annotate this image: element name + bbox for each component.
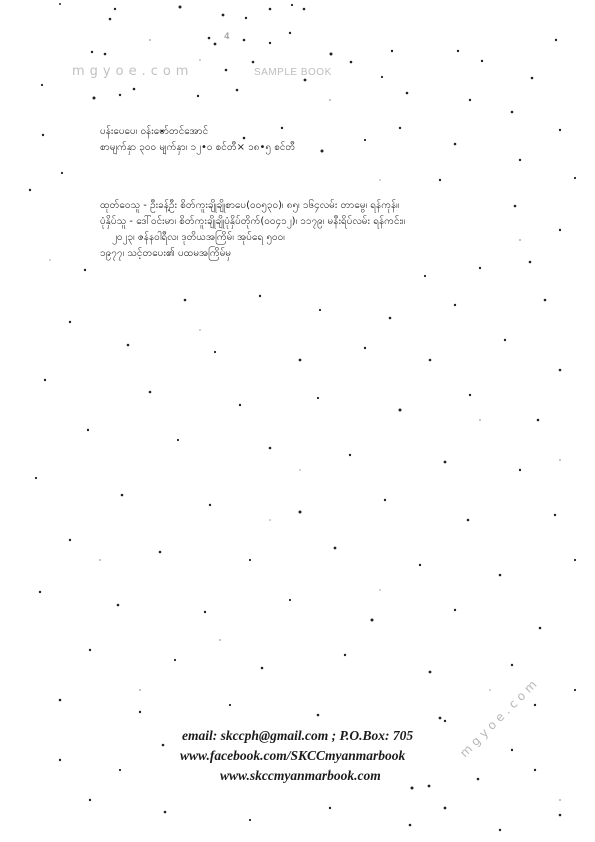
contact-facebook-line: www.facebook.com/SKCCmyanmarbook bbox=[176, 746, 430, 766]
colophon-first-edition-line: ၁၉၇၇၊ သင့်တပေး၏ ပထမအကြိမ်မှ bbox=[100, 246, 405, 262]
page-number: 4 bbox=[224, 32, 230, 42]
colophon-edition-line: ၂၀၂၃၊ ဇန်နဝါရီလ၊ ဒုတိယအကြိမ်၊ အုပ်ရေ ၅၀၀… bbox=[100, 230, 405, 246]
contact-website-line: www.skccmyanmarbook.com bbox=[176, 766, 430, 786]
colophon-header: ပန်းပေပေ၊ ဝန်းမော်တင်အောင် စာမျက်နှာ ၃၀၀… bbox=[100, 124, 295, 156]
watermark-site-top: mgyoe.com bbox=[72, 64, 193, 79]
watermark-sample-book: SAMPLE BOOK bbox=[254, 67, 332, 78]
colophon-publisher-line: ထုတ်ဝေသူ - ဦးခန့်ဦး စိတ်ကူးချိုချိုစာပေ(… bbox=[100, 198, 405, 214]
colophon-publishing: ထုတ်ဝေသူ - ဦးခန့်ဦး စိတ်ကူးချိုချိုစာပေ(… bbox=[100, 198, 405, 262]
colophon-title-line: ပန်းပေပေ၊ ဝန်းမော်တင်အောင် bbox=[100, 124, 295, 140]
contact-block: email: skccph@gmail.com ; P.O.Box: 705 w… bbox=[176, 726, 430, 786]
colophon-size-line: စာမျက်နှာ ၃၀၀ မျက်နှာ၊ ၁၂•၀ စင်တီ× ၁၈•၅ … bbox=[100, 140, 295, 156]
colophon-printer-line: ပုံနှိပ်သူ - ဒေါ်ဝင်းမာ၊ စိတ်ကူးချိုချို… bbox=[100, 214, 405, 230]
contact-email-line: email: skccph@gmail.com ; P.O.Box: 705 bbox=[176, 726, 430, 746]
watermark-site-bottom: mgyoe.com bbox=[457, 675, 542, 760]
